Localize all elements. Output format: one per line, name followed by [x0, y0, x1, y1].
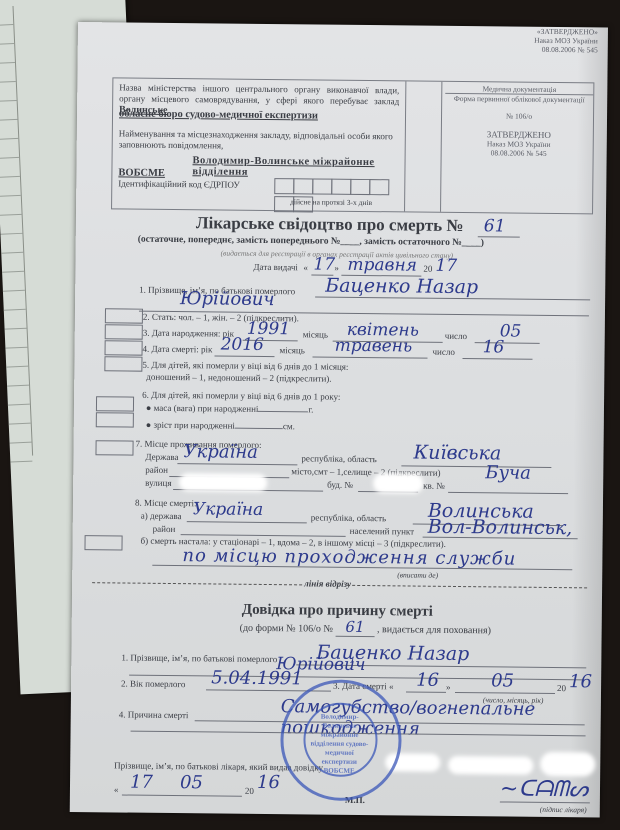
edrpou-cell[interactable]	[293, 179, 313, 195]
cause-certificate-subtitle: (до форми № 106/о № 61 , видається для п…	[240, 621, 491, 637]
field-8-label: 8. Місце смерті:	[135, 498, 197, 510]
field-6-height: зріст при народженні	[153, 420, 235, 431]
death-place-locality[interactable]: Вол-Волинськ,	[428, 516, 573, 540]
institution-label: Найменування та місцезнаходження закладу…	[119, 128, 399, 153]
code-box-residence[interactable]	[95, 440, 133, 455]
deceased-patronymic[interactable]: Юрійович	[180, 288, 275, 310]
edrpou-cell[interactable]	[331, 179, 351, 195]
edrpou-label: Ідентифікаційний код ЄДРПОУ	[118, 178, 240, 190]
death-year[interactable]: 2016	[221, 335, 264, 355]
ministry-label: Назва міністерства іншого центрального о…	[119, 82, 399, 106]
cause-certificate-number[interactable]: 61	[335, 618, 374, 637]
code-box-height[interactable]	[96, 412, 134, 427]
issue-day[interactable]: 17	[313, 254, 335, 274]
header-box: Назва міністерства іншого центрального о…	[111, 77, 594, 214]
cert-death-month[interactable]: 05	[491, 670, 514, 691]
issue-month[interactable]: травня	[347, 255, 417, 276]
death-day[interactable]: 16	[483, 337, 505, 357]
death-certificate-sheet: «ЗАТВЕРДЖЕНО» Наказ МОЗ України 08.08.20…	[70, 22, 608, 818]
ministry-value-line2: обласне бюро судово-медичної експертизи	[119, 108, 318, 121]
certificate-number[interactable]: 61	[478, 216, 520, 237]
code-box-death-place[interactable]	[84, 535, 122, 550]
code-box-sex[interactable]	[105, 308, 143, 323]
form-info: Медична документація Форма первинної обл…	[445, 84, 594, 159]
field-6-mass: маса (вага) при народженні	[154, 403, 259, 414]
edrpou-cell[interactable]	[274, 178, 294, 194]
cut-line-label: лінія відрізу	[304, 579, 351, 588]
residence-state[interactable]: Україна	[183, 441, 258, 463]
cert-age[interactable]: 5.04.1991	[211, 667, 303, 689]
cert-issue-year[interactable]: 16	[257, 772, 280, 793]
certificate-type: (остаточне, попереднє, замість попереднь…	[138, 235, 484, 249]
deceased-name[interactable]: Баценко Назар	[325, 275, 478, 299]
certificate-title: Лікарське свідоцтво про смерть № 61	[196, 213, 520, 236]
cert-issue-day[interactable]: 17	[130, 772, 153, 793]
redacted-doctor-3	[540, 752, 595, 777]
cert-field-2-label: 2. Вік померлого	[121, 678, 185, 690]
cert-field-4-label: 4. Причина смерті	[119, 709, 189, 721]
cert-field-1-label: 1. Прізвище, ім’я, по батькові померлого	[121, 652, 277, 665]
cert-issue-month[interactable]: 05	[180, 772, 203, 793]
code-box-birth[interactable]	[105, 324, 143, 339]
certificate-note: (видається для реєстрації в органах реєс…	[221, 249, 454, 260]
valid-label: дійсне на протязі 3-х днів	[290, 197, 372, 207]
issue-date-label: Дата видачі	[253, 262, 298, 273]
redacted-house	[373, 473, 423, 494]
code-box-death[interactable]	[105, 340, 143, 355]
code-box-mass[interactable]	[96, 396, 134, 411]
institution-value-line2: ВОБСМЕ	[118, 167, 165, 178]
field-4-label: 4. Дата смерті: рік	[143, 344, 213, 356]
official-seal: Володимир-Волинське міжрайонне відділенн…	[280, 679, 402, 801]
edrpou-code-cells[interactable]	[274, 177, 404, 214]
approved-stamp-top: «ЗАТВЕРДЖЕНО» Наказ МОЗ України 08.08.20…	[518, 27, 598, 55]
residence-region[interactable]: Київська	[413, 442, 501, 465]
cert-death-year[interactable]: 16	[569, 671, 592, 692]
edrpou-cell[interactable]	[312, 179, 332, 195]
death-place-state[interactable]: Україна	[193, 499, 263, 520]
edrpou-cell[interactable]	[369, 179, 389, 195]
field-6-label: 6. Для дітей, які померли у віці від 6 д…	[142, 390, 340, 403]
death-place-description[interactable]: по місцю проходження служби	[182, 545, 516, 569]
code-box-newborn[interactable]	[104, 356, 142, 371]
background-sheet-grid	[0, 6, 33, 457]
issue-year[interactable]: 17	[435, 256, 457, 276]
redacted-doctor-2	[448, 756, 533, 775]
death-month[interactable]: травень	[335, 336, 413, 357]
edrpou-cell[interactable]	[350, 179, 370, 195]
field-5-label: 5. Для дітей, які померли у віці від 6 д…	[142, 360, 348, 373]
redacted-street	[179, 473, 267, 492]
field-5-sub: доношений – 1, недоношений – 2 (підкресл…	[146, 372, 331, 385]
institution-value: Володимир-Волинське міжрайонне відділенн…	[192, 155, 404, 179]
cert-death-day[interactable]: 16	[416, 670, 439, 691]
